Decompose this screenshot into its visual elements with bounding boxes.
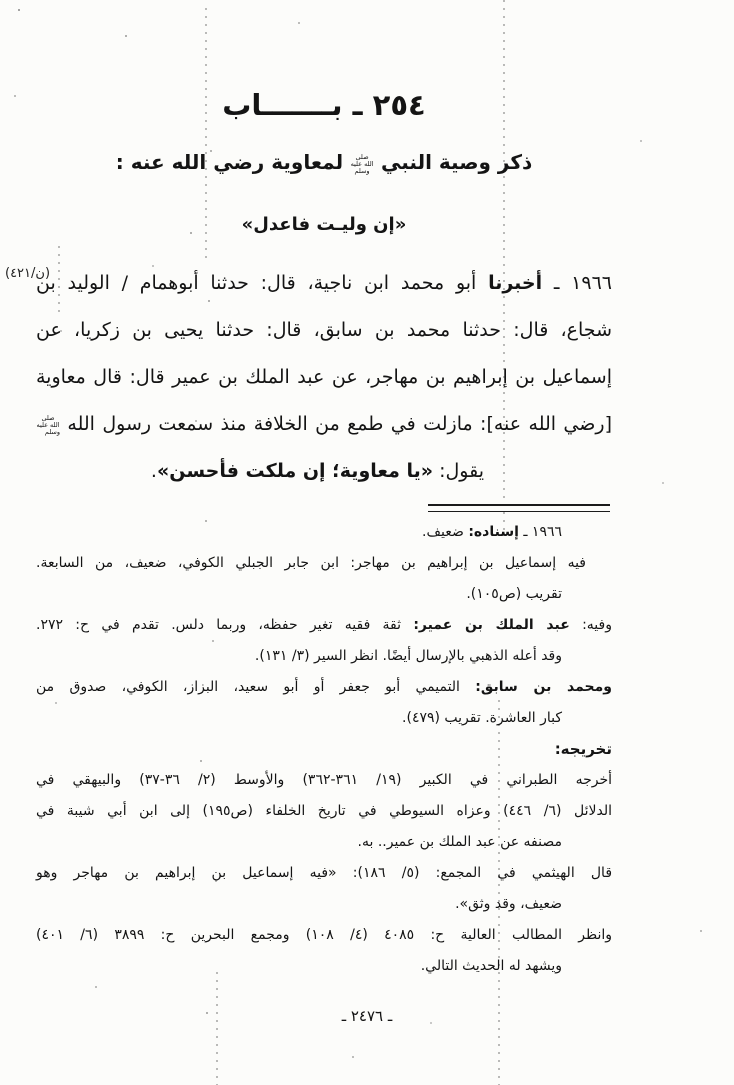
text-run: ١٩٦٦ ـ: [519, 524, 562, 540]
text-run: شجاع، قال: حدثنا محمد بن سابق، قال: حدثن…: [36, 319, 612, 341]
page-number: ـ ٢٤٧٦ ـ: [0, 1007, 734, 1025]
text-run: وانظر المطالب العالية ح: ٤٠٨٥ (٤/ ١٠٨) و…: [36, 927, 612, 943]
bold-text-run: تخريجه:: [555, 740, 612, 758]
footnote-separator-rule: [428, 504, 610, 512]
chapter-title: ذكر وصية النبي صلى الله عليه وسلم لمعاوي…: [36, 150, 612, 175]
text-run: يقول:: [433, 460, 484, 482]
footnote-line-6: ومحمد بن سابق: التميمي أبو جعفر أو أبو س…: [36, 672, 612, 703]
text-run: كبار العاشرة. تقريب (٤٧٩).: [402, 710, 562, 726]
footnote-line-9: أخرجه الطبراني في الكبير (١٩/ ٣٦١-٣٦٢) و…: [36, 765, 612, 796]
chapter-subtitle: «إن وليـت فاعدل»: [36, 214, 612, 235]
text-run: لمعاوية رضي الله عنه :: [116, 150, 350, 174]
footnote-line-5: وقد أعله الذهبي بالإرسال أيضًا. انظر الس…: [36, 641, 612, 672]
text-run: ١٩٦٦ ـ: [542, 272, 612, 294]
footnote-line-14: وانظر المطالب العالية ح: ٤٠٨٥ (٤/ ١٠٨) و…: [36, 920, 612, 951]
bold-text-run: عبد الملك بن عمير:: [413, 617, 570, 633]
bold-text-run: أخبرنا: [488, 272, 542, 294]
text-run: ثقة فقيه تغير حفظه، وربما دلس. تقدم في ح…: [36, 617, 413, 633]
text-run: ضعيف.: [422, 524, 468, 540]
text-run: أخرجه الطبراني في الكبير (١٩/ ٣٦١-٣٦٢) و…: [36, 772, 612, 788]
text-run: التميمي أبو جعفر أو أبو سعيد، البزاز، ال…: [36, 679, 475, 695]
text-run: تقريب (ص١٠٥).: [466, 586, 562, 602]
text-run: ذكر وصية النبي: [374, 150, 532, 174]
text-run: [رضي الله عنه]: مازلت في طمع من الخلافة …: [60, 413, 612, 435]
text-run: الدلائل (٦/ ٤٤٦) وعزاه السيوطي في تاريخ …: [36, 803, 612, 819]
footnotes-block: ١٩٦٦ ـ إسناده: ضعيف.فيه إسماعيل بن إبراه…: [36, 517, 612, 982]
hadith-line-4: [رضي الله عنه]: مازلت في طمع من الخلافة …: [36, 401, 612, 448]
text-run: وقد أعله الذهبي بالإرسال أيضًا. انظر الس…: [255, 648, 562, 664]
footnote-line-15: ويشهد له الحديث التالي.: [36, 951, 612, 982]
bold-text-run: إسناده:: [468, 524, 519, 540]
text-run: أبو محمد ابن ناجية، قال: حدثنا أبوهمام /…: [36, 272, 488, 294]
hadith-line-3: إسماعيل بن إبراهيم بن مهاجر، عن عبد المل…: [36, 354, 612, 401]
hadith-paragraph: ١٩٦٦ ـ أخبرنا أبو محمد ابن ناجية، قال: ح…: [36, 260, 612, 495]
footnote-line-11: مصنفه عن عبد الملك بن عمير.. به.: [36, 827, 612, 858]
scanned-book-page: ٢٥٤ ـ بـــــــاب ذكر وصية النبي صلى الله…: [0, 0, 734, 1085]
footnote-line-12: قال الهيثمي في المجمع: (٥/ ١٨٦): «فيه إس…: [36, 858, 612, 889]
chapter-heading: ٢٥٤ ـ بـــــــاب: [36, 88, 612, 122]
scan-artifact: [216, 972, 218, 1085]
footnote-line-3: تقريب (ص١٠٥).: [36, 579, 612, 610]
text-run: وفيه:: [570, 617, 612, 633]
footnote-line-7: كبار العاشرة. تقريب (٤٧٩).: [36, 703, 612, 734]
bold-text-run: «يا معاوية؛ إن ملكت فأحسن»: [157, 460, 433, 482]
footnote-line-2: فيه إسماعيل بن إبراهيم بن مهاجر: ابن جاب…: [36, 548, 612, 579]
text-run: إسماعيل بن إبراهيم بن مهاجر، عن عبد المل…: [36, 366, 612, 388]
footnote-line-8: تخريجه:: [36, 734, 612, 765]
hadith-line-5: يقول: «يا معاوية؛ إن ملكت فأحسن».: [36, 448, 612, 495]
footnote-line-1: ١٩٦٦ ـ إسناده: ضعيف.: [36, 517, 612, 548]
hadith-line-1: ١٩٦٦ ـ أخبرنا أبو محمد ابن ناجية، قال: ح…: [36, 260, 612, 307]
footnote-line-13: ضعيف، وقد وثق».: [36, 889, 612, 920]
text-run: فيه إسماعيل بن إبراهيم بن مهاجر: ابن جاب…: [36, 555, 586, 571]
pbuh-symbol: صلى الله عليه وسلم: [36, 415, 60, 435]
scan-noise: [0, 0, 2, 2]
footnote-line-4: وفيه: عبد الملك بن عمير: ثقة فقيه تغير ح…: [36, 610, 612, 641]
bold-text-run: ومحمد بن سابق:: [475, 679, 612, 695]
footnote-line-10: الدلائل (٦/ ٤٤٦) وعزاه السيوطي في تاريخ …: [36, 796, 612, 827]
text-run: ضعيف، وقد وثق».: [455, 896, 562, 912]
text-run: قال الهيثمي في المجمع: (٥/ ١٨٦): «فيه إس…: [36, 865, 612, 881]
hadith-line-2: شجاع، قال: حدثنا محمد بن سابق، قال: حدثن…: [36, 307, 612, 354]
pbuh-symbol: صلى الله عليه وسلم: [350, 154, 374, 174]
text-run: مصنفه عن عبد الملك بن عمير.. به.: [358, 834, 562, 850]
text-run: ويشهد له الحديث التالي.: [421, 958, 562, 974]
